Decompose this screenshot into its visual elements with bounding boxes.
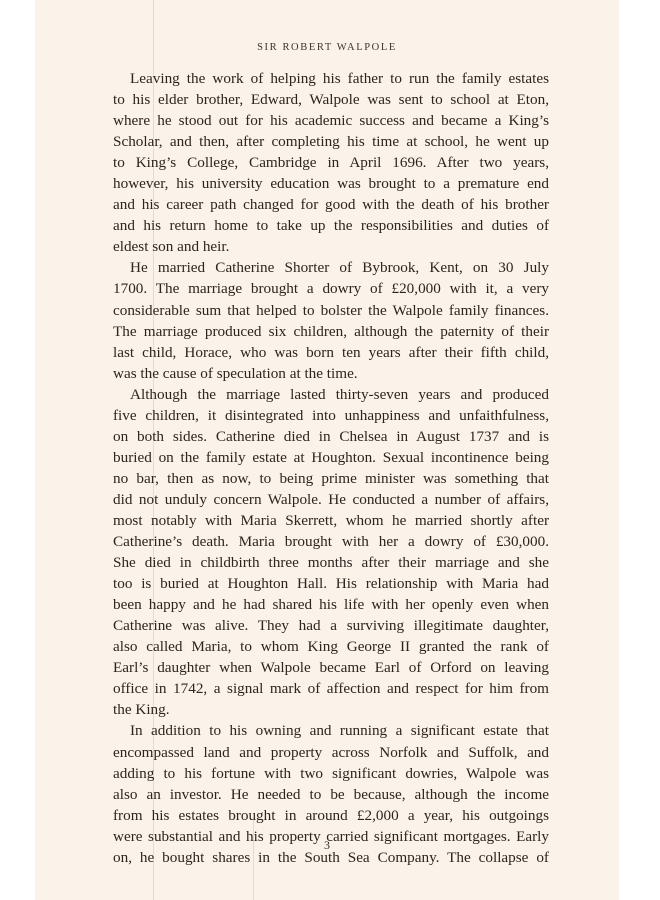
text-line: He married Catherine Shorter of Bybrook,…	[113, 257, 549, 278]
text-line: Earl’s daughter when Walpole became Earl…	[113, 657, 549, 678]
text-line: 1700. The marriage brought a dowry of £2…	[113, 278, 549, 299]
text-line: also called Maria, to whom King George I…	[113, 636, 549, 657]
text-line: to his elder brother, Edward, Walpole wa…	[113, 89, 549, 110]
text-line: where he stood out for his academic succ…	[113, 110, 549, 131]
text-line: Scholar, and then, after completing his …	[113, 131, 549, 152]
text-line: eldest son and heir.	[113, 236, 549, 257]
text-line: The marriage produced six children, alth…	[113, 321, 549, 342]
text-line: last child, Horace, who was born ten yea…	[113, 342, 549, 363]
text-line: from his estates brought in around £2,00…	[113, 805, 549, 826]
text-line: no bar, then as now, to being prime mini…	[113, 468, 549, 489]
text-line: on both sides. Catherine died in Chelsea…	[113, 426, 549, 447]
text-line: too is buried at Houghton Hall. His rela…	[113, 573, 549, 594]
body-text: Leaving the work of helping his father t…	[113, 68, 549, 868]
text-line: She died in childbirth three months afte…	[113, 552, 549, 573]
text-line: and his return home to take up the respo…	[113, 215, 549, 236]
text-line: and his career path changed for good wit…	[113, 194, 549, 215]
text-line: been happy and he had shared his life wi…	[113, 594, 549, 615]
text-line: the King.	[113, 699, 549, 720]
paragraph: Leaving the work of helping his father t…	[113, 68, 549, 257]
text-line: five children, it disintegrated into unh…	[113, 405, 549, 426]
text-line: most notably with Maria Skerrett, whom h…	[113, 510, 549, 531]
page-number: 3	[35, 838, 619, 853]
text-line: In addition to his owning and running a …	[113, 720, 549, 741]
paragraph: Although the marriage lasted thirty-seve…	[113, 384, 549, 721]
book-page: SIR ROBERT WALPOLE Leaving the work of h…	[35, 0, 619, 900]
running-head: SIR ROBERT WALPOLE	[35, 42, 619, 53]
text-line: buried on the family estate at Houghton.…	[113, 447, 549, 468]
text-line: Catherine was alive. They had a survivin…	[113, 615, 549, 636]
text-line: however, his university education was br…	[113, 173, 549, 194]
paragraph: He married Catherine Shorter of Bybrook,…	[113, 257, 549, 383]
text-line: was the cause of speculation at the time…	[113, 363, 549, 384]
text-line: to King’s College, Cambridge in April 16…	[113, 152, 549, 173]
text-line: Although the marriage lasted thirty-seve…	[113, 384, 549, 405]
text-line: Leaving the work of helping his father t…	[113, 68, 549, 89]
text-line: encompassed land and property across Nor…	[113, 742, 549, 763]
text-line: did not unduly concern Walpole. He condu…	[113, 489, 549, 510]
text-line: Catherine’s death. Maria brought with he…	[113, 531, 549, 552]
text-line: considerable sum that helped to bolster …	[113, 300, 549, 321]
text-line: office in 1742, a signal mark of affecti…	[113, 678, 549, 699]
text-line: also an investor. He needed to be becaus…	[113, 784, 549, 805]
text-line: adding to his fortune with two significa…	[113, 763, 549, 784]
